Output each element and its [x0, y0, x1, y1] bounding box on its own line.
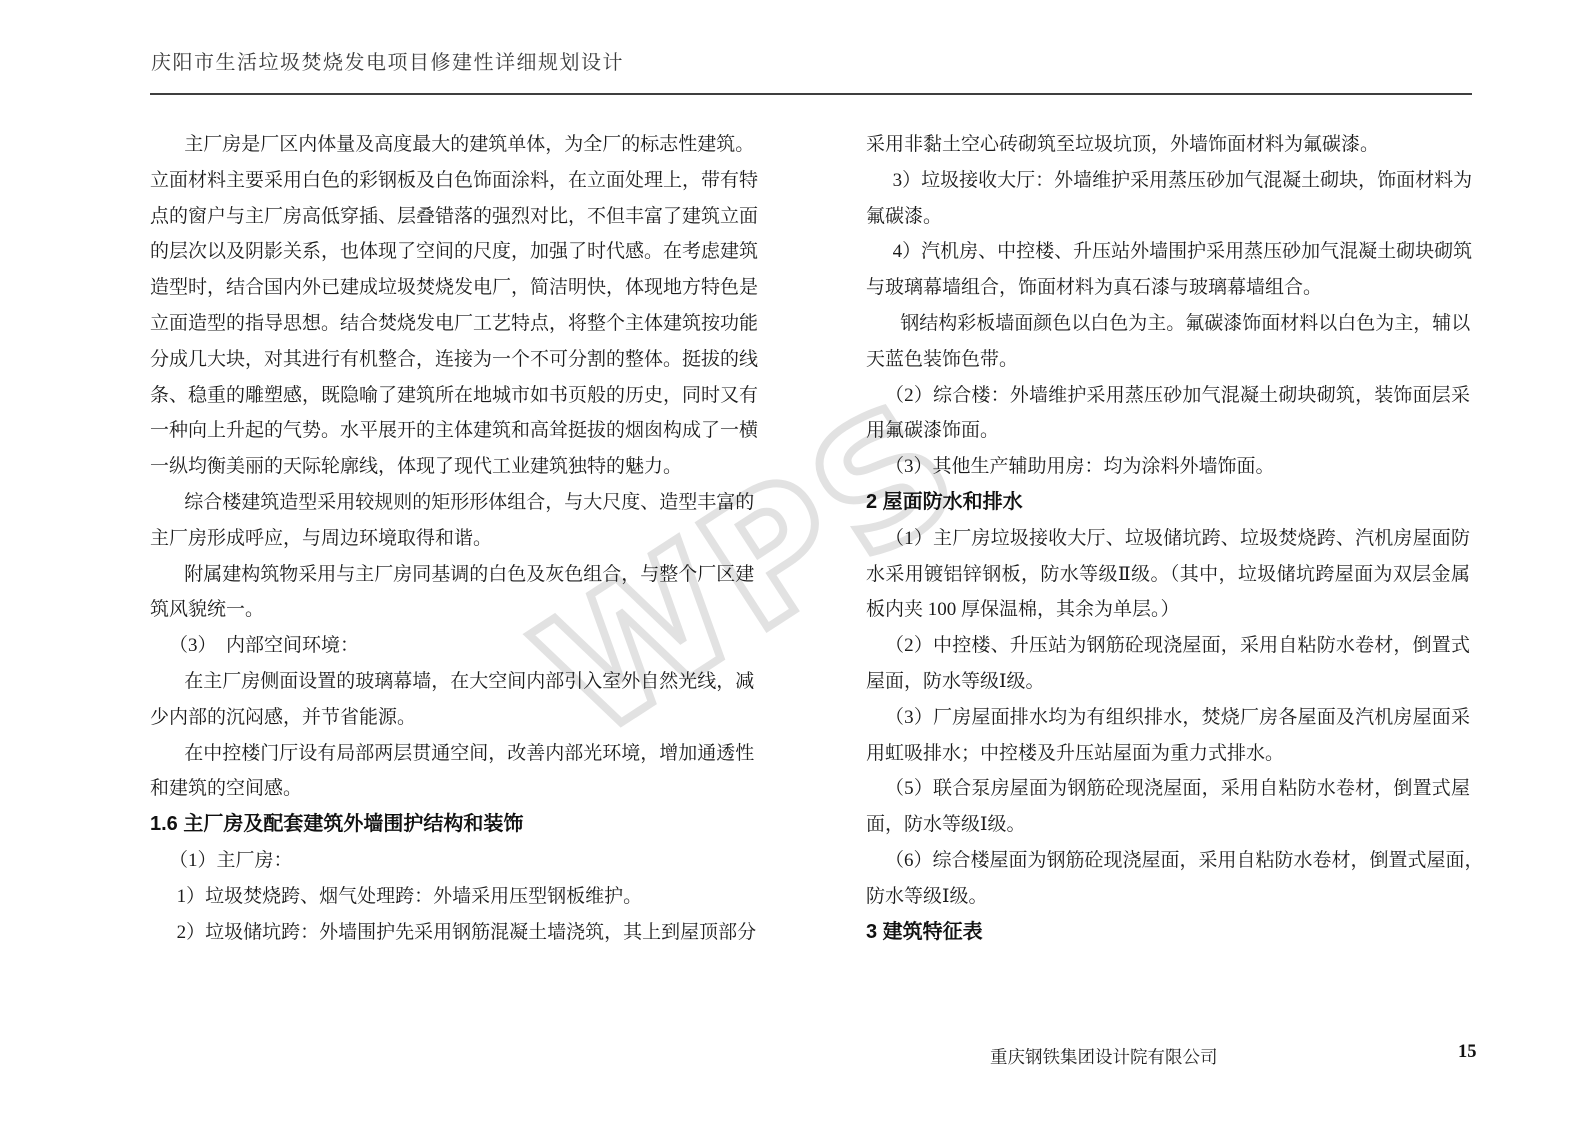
text-line: 与玻璃幕墙组合，饰面材料为真石漆与玻璃幕墙组合。	[866, 270, 1470, 306]
text-line: （1）主厂房：	[150, 843, 746, 879]
text-line: 点的窗户与主厂房高低穿插、层叠错落的强烈对比，不但丰富了建筑立面	[150, 199, 746, 235]
text-line: 防水等级Ⅰ级。	[866, 879, 1470, 915]
header-title: 庆阳市生活垃圾焚烧发电项目修建性详细规划设计	[151, 46, 624, 75]
text-line: （3） 内部空间环境：	[150, 628, 746, 664]
text-line: 1）垃圾焚烧跨、烟气处理跨：外墙采用压型钢板维护。	[150, 879, 746, 915]
text-line: 主厂房形成呼应，与周边环境取得和谐。	[150, 521, 746, 557]
text-column-left: 主厂房是厂区内体量及高度最大的建筑单体，为全厂的标志性建筑。立面材料主要采用白色…	[150, 127, 746, 950]
text-line: 在主厂房侧面设置的玻璃幕墙，在大空间内部引入室外自然光线，减	[150, 664, 746, 700]
text-line: 水采用镀铝锌钢板，防水等级Ⅱ级。（其中，垃圾储坑跨屋面为双层金属	[866, 557, 1470, 593]
text-line: 综合楼建筑造型采用较规则的矩形形体组合，与大尺度、造型丰富的	[150, 485, 746, 521]
text-line: 用氟碳漆饰面。	[866, 413, 1470, 449]
text-line: 2）垃圾储坑跨：外墙围护先采用钢筋混凝土墙浇筑，其上到屋顶部分	[150, 915, 746, 951]
text-line: （2）综合楼：外墙维护采用蒸压砂加气混凝土砌块砌筑，装饰面层采	[866, 378, 1470, 414]
text-line: （6）综合楼屋面为钢筋砼现浇屋面，采用自粘防水卷材，倒置式屋面，	[866, 843, 1470, 879]
text-line: （5）联合泵房屋面为钢筋砼现浇屋面，采用自粘防水卷材，倒置式屋	[866, 771, 1470, 807]
text-line: 一纵均衡美丽的天际轮廓线，体现了现代工业建筑独特的魅力。	[150, 449, 746, 485]
text-line: （3）厂房屋面排水均为有组织排水，焚烧厂房各屋面及汽机房屋面采	[866, 700, 1470, 736]
text-line: 条、稳重的雕塑感，既隐喻了建筑所在地城市如书页般的历史，同时又有	[150, 378, 746, 414]
text-line: 面，防水等级Ⅰ级。	[866, 807, 1470, 843]
text-line: 采用非黏土空心砖砌筑至垃圾坑顶，外墙饰面材料为氟碳漆。	[866, 127, 1470, 163]
text-line: （3）其他生产辅助用房：均为涂料外墙饰面。	[866, 449, 1470, 485]
text-line: 屋面，防水等级Ⅰ级。	[866, 664, 1470, 700]
text-line: 立面材料主要采用白色的彩钢板及白色饰面涂料，在立面处理上，带有特	[150, 163, 746, 199]
text-line: 立面造型的指导思想。结合焚烧发电厂工艺特点，将整个主体建筑按功能	[150, 306, 746, 342]
page-number: 15	[1458, 1042, 1477, 1063]
text-line: （1）主厂房垃圾接收大厅、垃圾储坑跨、垃圾焚烧跨、汽机房屋面防	[866, 521, 1470, 557]
text-line: 板内夹 100 厚保温棉，其余为单层。）	[866, 592, 1470, 628]
text-line: 钢结构彩板墙面颜色以白色为主。氟碳漆饰面材料以白色为主，辅以	[866, 306, 1470, 342]
text-line: 4）汽机房、中控楼、升压站外墙围护采用蒸压砂加气混凝土砌块砌筑	[866, 234, 1470, 270]
text-line: 分成几大块，对其进行有机整合，连接为一个不可分割的整体。挺拔的线	[150, 342, 746, 378]
section-heading: 2 屋面防水和排水	[866, 485, 1470, 521]
text-line: 天蓝色装饰色带。	[866, 342, 1470, 378]
text-line: 造型时，结合国内外已建成垃圾焚烧发电厂，简洁明快，体现地方特色是	[150, 270, 746, 306]
text-line: 附属建构筑物采用与主厂房同基调的白色及灰色组合，与整个厂区建	[150, 557, 746, 593]
text-line: 少内部的沉闷感，并节省能源。	[150, 700, 746, 736]
text-line: 主厂房是厂区内体量及高度最大的建筑单体，为全厂的标志性建筑。	[150, 127, 746, 163]
document-page: WPS 庆阳市生活垃圾焚烧发电项目修建性详细规划设计 主厂房是厂区内体量及高度最…	[0, 0, 1587, 1122]
text-line: 和建筑的空间感。	[150, 771, 746, 807]
text-line: 一种向上升起的气势。水平展开的主体建筑和高耸挺拔的烟囱构成了一横	[150, 413, 746, 449]
text-line: 筑风貌统一。	[150, 592, 746, 628]
section-heading: 3 建筑特征表	[866, 915, 1470, 951]
text-line: 在中控楼门厅设有局部两层贯通空间，改善内部光环境，增加通透性	[150, 736, 746, 772]
text-column-right: 采用非黏土空心砖砌筑至垃圾坑顶，外墙饰面材料为氟碳漆。3）垃圾接收大厅：外墙维护…	[866, 127, 1470, 950]
text-line: （2）中控楼、升压站为钢筋砼现浇屋面，采用自粘防水卷材，倒置式	[866, 628, 1470, 664]
footer-company-name: 重庆钢铁集团设计院有限公司	[990, 1044, 1218, 1069]
text-line: 3）垃圾接收大厅：外墙维护采用蒸压砂加气混凝土砌块，饰面材料为	[866, 163, 1470, 199]
text-line: 用虹吸排水；中控楼及升压站屋面为重力式排水。	[866, 736, 1470, 772]
text-line: 氟碳漆。	[866, 199, 1470, 235]
header-rule	[150, 93, 1472, 95]
section-heading: 1.6 主厂房及配套建筑外墙围护结构和装饰	[150, 807, 746, 843]
text-line: 的层次以及阴影关系，也体现了空间的尺度，加强了时代感。在考虑建筑	[150, 234, 746, 270]
